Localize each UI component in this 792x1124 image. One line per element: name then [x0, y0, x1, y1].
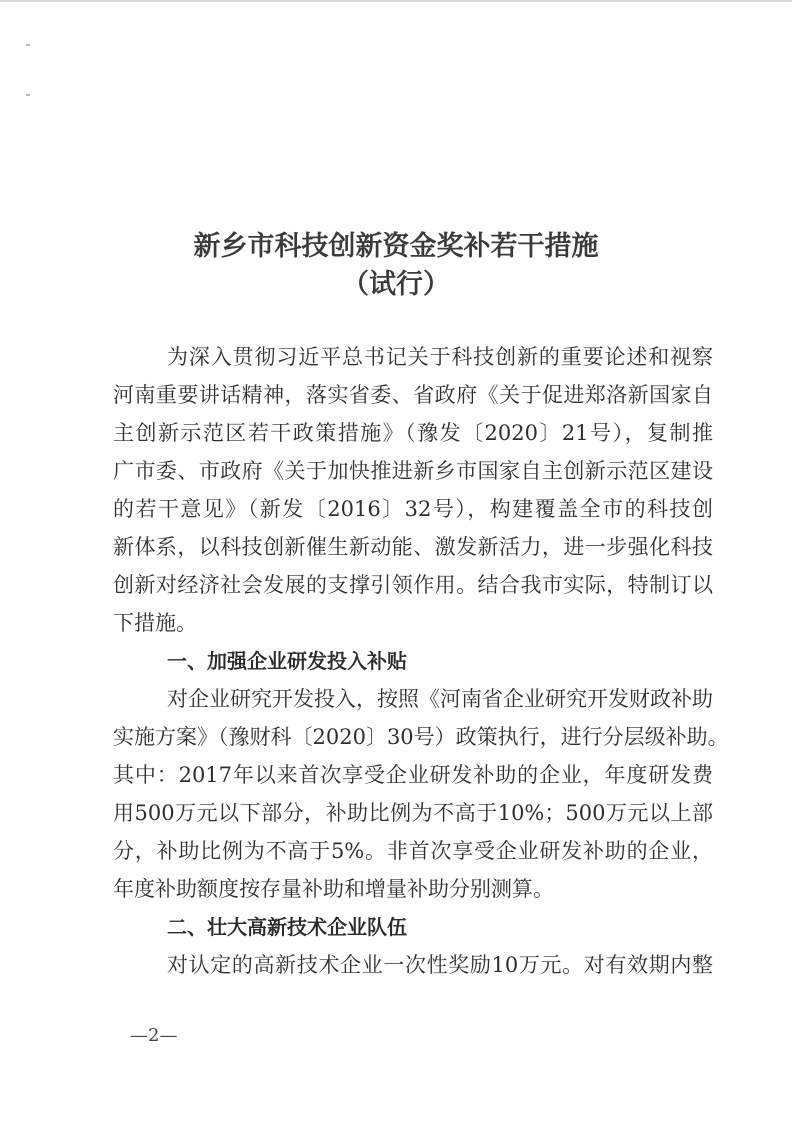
section-heading: 一、加强企业研发投入补贴	[113, 642, 713, 680]
document-body: 为深入贯彻习近平总书记关于科技创新的重要论述和视察 河南重要讲话精神，落实省委、…	[113, 338, 713, 984]
paragraph-line: 广市委、市政府《关于加快推进新乡市国家自主创新示范区建设	[113, 452, 713, 490]
paragraph-line: 河南重要讲话精神，落实省委、省政府《关于促进郑洛新国家自	[113, 376, 713, 414]
paragraph-line: 年度补助额度按存量补助和增量补助分别测算。	[113, 870, 713, 908]
paragraph-line: 用500万元以下部分，补助比例为不高于10%；500万元以上部	[113, 794, 713, 832]
paragraph-line: 分，补助比例为不高于5%。非首次享受企业研发补助的企业，	[113, 832, 713, 870]
scan-speck	[26, 44, 30, 46]
document-title: 新乡市科技创新资金奖补若干措施	[0, 224, 792, 263]
section-heading: 二、壮大高新技术企业队伍	[113, 908, 713, 946]
paragraph-line: 为深入贯彻习近平总书记关于科技创新的重要论述和视察	[113, 338, 713, 376]
document-page: 新乡市科技创新资金奖补若干措施 （试行） 为深入贯彻习近平总书记关于科技创新的重…	[0, 0, 792, 1124]
paragraph-line: 对认定的高新技术企业一次性奖励10万元。对有效期内整	[113, 946, 713, 984]
paragraph-line: 实施方案》（豫财科〔2020〕30号）政策执行，进行分层级补助。	[113, 718, 713, 756]
paragraph-line: 主创新示范区若干政策措施》（豫发〔2020〕21号），复制推	[113, 414, 713, 452]
paragraph-line: 其中：2017年以来首次享受企业研发补助的企业，年度研发费	[113, 756, 713, 794]
paragraph-line: 创新对经济社会发展的支撑引领作用。结合我市实际，特制订以	[113, 566, 713, 604]
document-subtitle: （试行）	[0, 262, 792, 301]
paragraph-line: 下措施。	[113, 604, 713, 642]
paragraph-line: 新体系，以科技创新催生新动能、激发新活力，进一步强化科技	[113, 528, 713, 566]
page-number: —2—	[130, 1025, 177, 1046]
paragraph-line: 的若干意见》（新发〔2016〕32号），构建覆盖全市的科技创	[113, 490, 713, 528]
scan-edge	[0, 0, 792, 2]
scan-speck	[26, 94, 30, 96]
paragraph-line: 对企业研究开发投入，按照《河南省企业研究开发财政补助	[113, 680, 713, 718]
